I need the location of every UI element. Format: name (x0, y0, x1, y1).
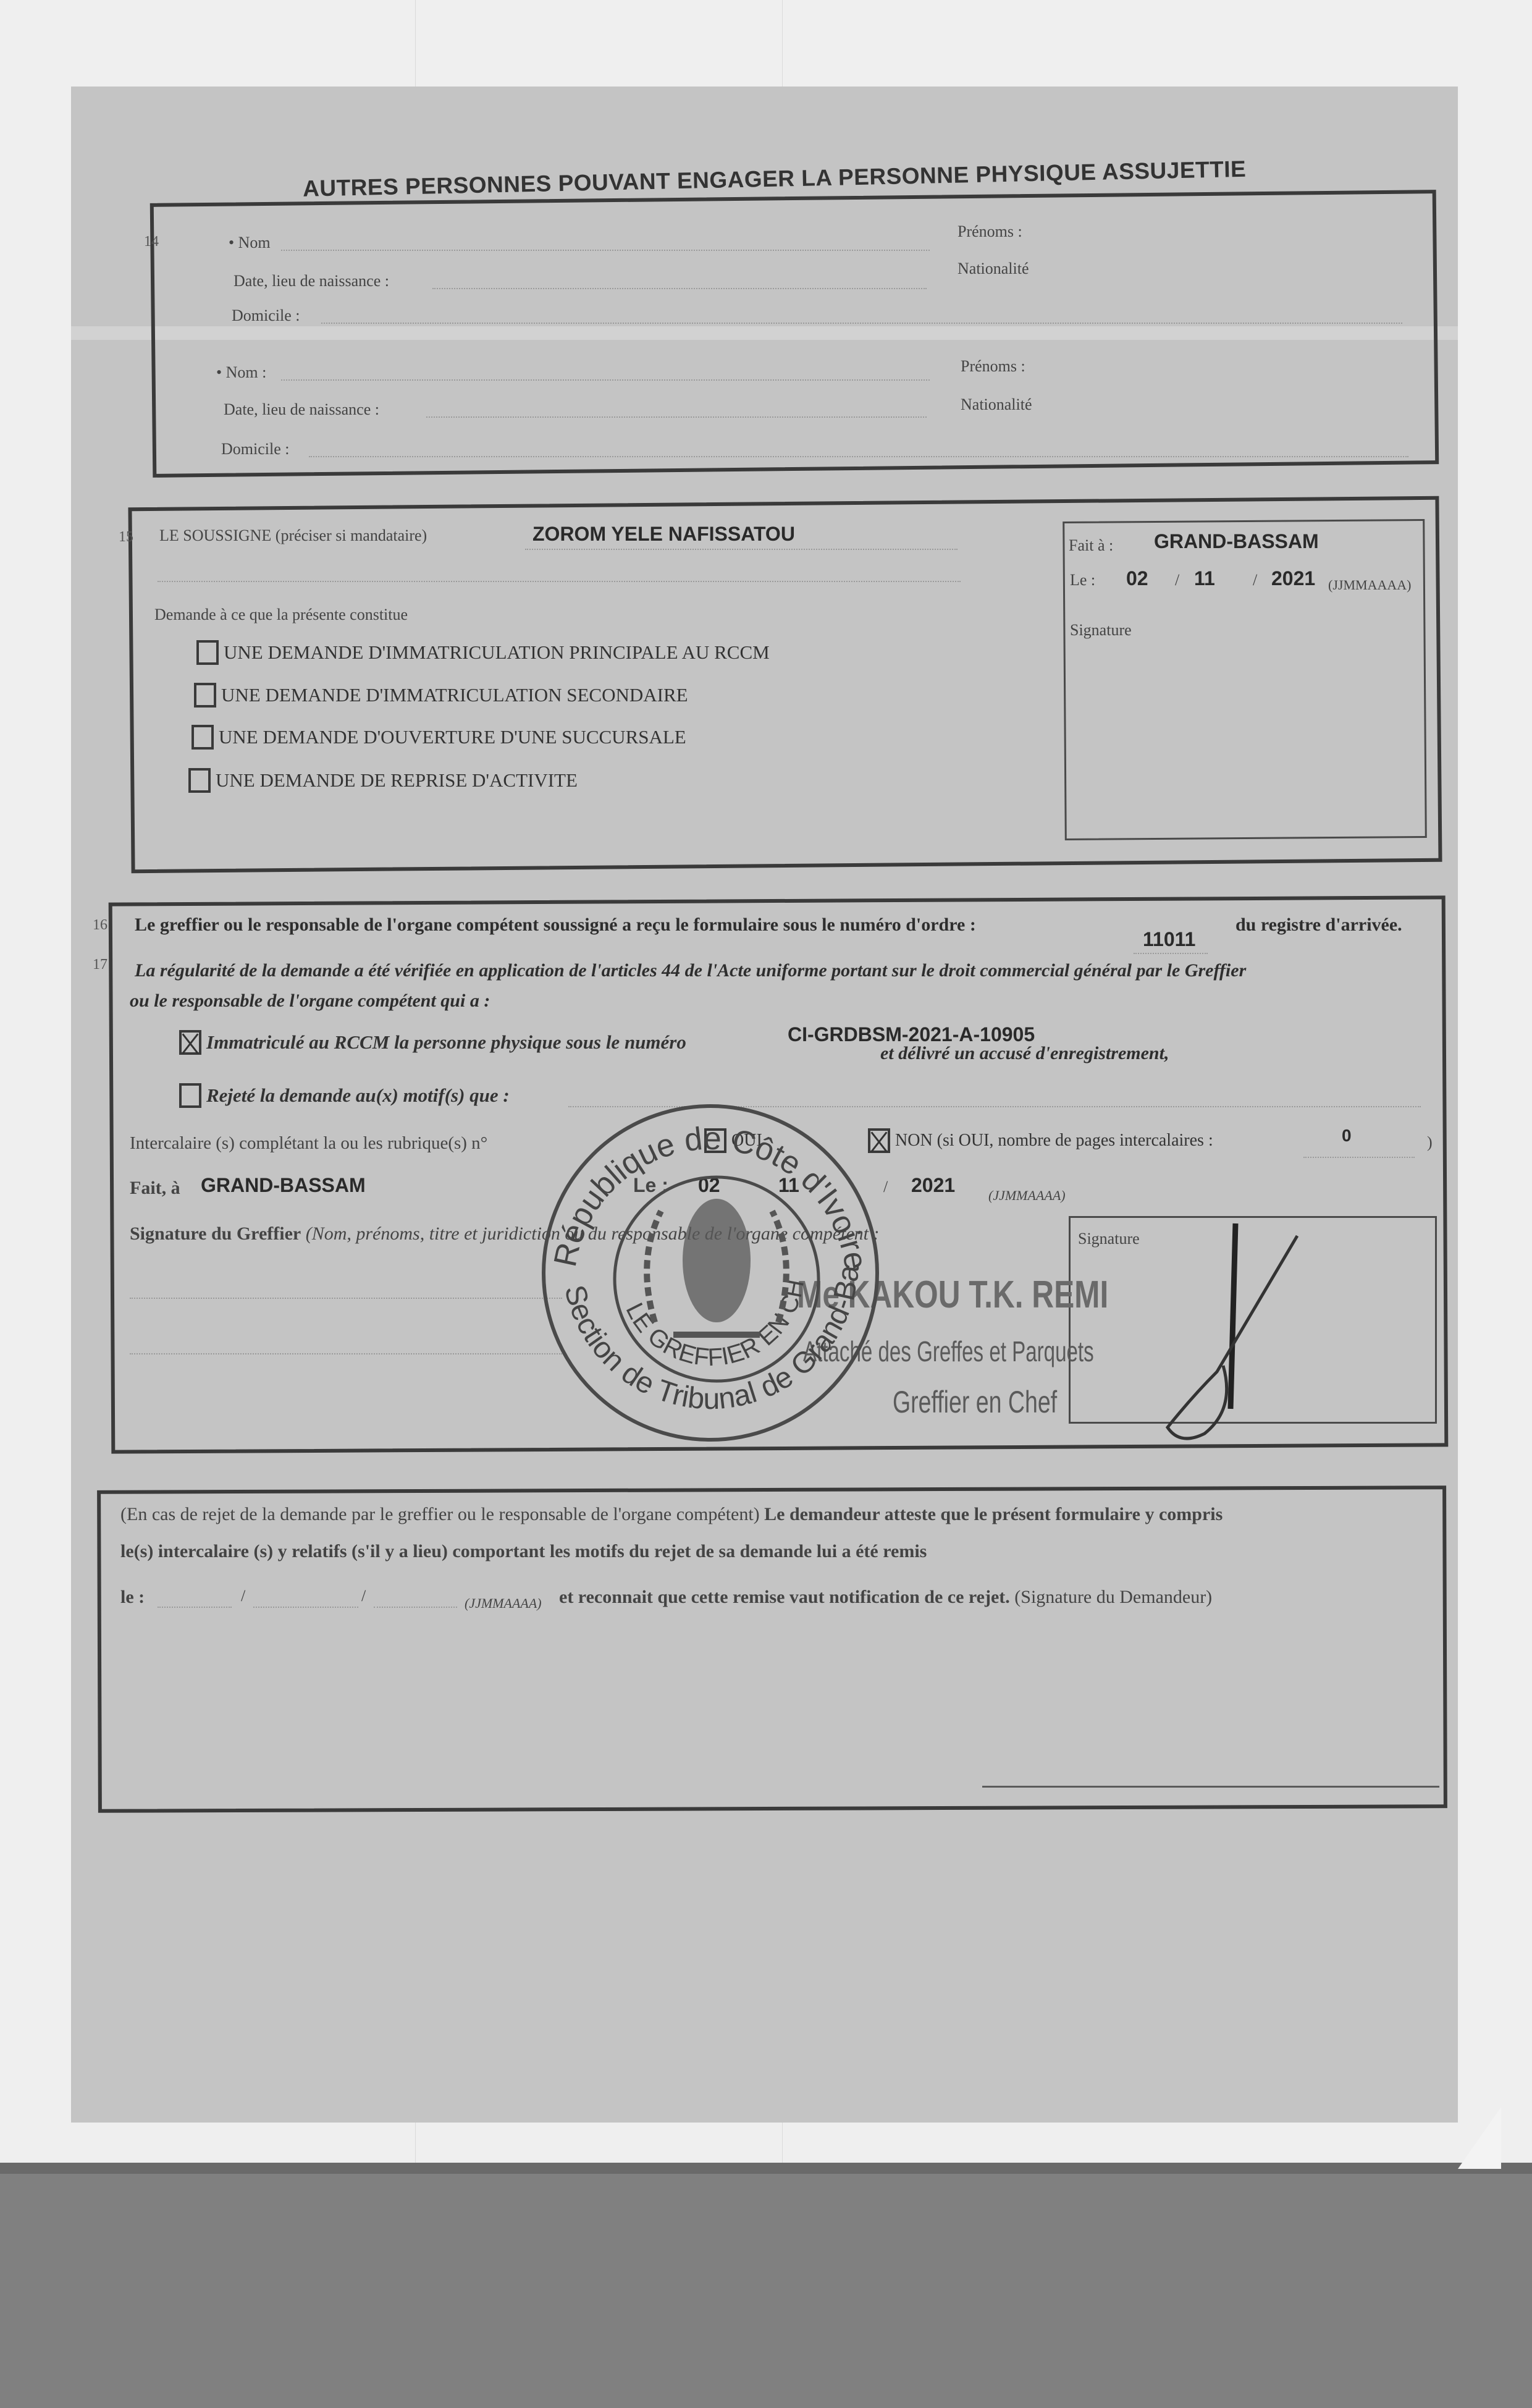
person1-naissance-label: Date, lieu de naissance : (234, 272, 389, 290)
option-immatriculation-secondaire[interactable]: UNE DEMANDE D'IMMATRICULATION SECONDAIRE (194, 682, 688, 708)
fait-a-label: Fait à : (1069, 536, 1113, 555)
close-paren: ) (1427, 1133, 1433, 1152)
person1-domicile-field[interactable] (321, 323, 1402, 324)
demandeur-signature-label: (Signature du Demandeur) (1014, 1587, 1212, 1607)
section-number: 14 (144, 234, 159, 250)
folded-corner (1458, 2107, 1501, 2169)
date-separator: / (361, 1587, 366, 1605)
handwritten-signature-icon (1124, 1211, 1322, 1452)
stamp-role: Greffier en Chef (893, 1384, 1057, 1420)
rejection-reconnait: et reconnait que cette remise vaut notif… (559, 1587, 1010, 1607)
person1-nom-field[interactable] (281, 250, 930, 251)
intercalaire-label: Intercalaire (s) complétant la ou les ru… (130, 1133, 487, 1154)
checkbox-reprise-activite[interactable] (188, 768, 211, 793)
option-immatricule[interactable]: Immatriculé au RCCM la personne physique… (179, 1029, 686, 1055)
rejection-attestation: Le demandeur atteste que le présent form… (764, 1504, 1223, 1524)
soussigne-field-line-2 (158, 581, 961, 582)
applicant-signature-box (1063, 519, 1427, 840)
person1-domicile-label: Domicile : (232, 306, 300, 325)
demandeur-signature-line[interactable] (982, 1786, 1439, 1788)
rejection-statement-line2: le(s) intercalaire (s) y relatifs (s'il … (120, 1541, 927, 1562)
greffier-line (130, 1298, 562, 1299)
greffier-date-year[interactable]: 2021 (911, 1174, 955, 1197)
greffier-fait-a-value[interactable]: GRAND-BASSAM (201, 1174, 366, 1197)
verification-statement-line1: La régularité de la demande a été vérifi… (135, 960, 1246, 981)
checkbox-rejete[interactable] (179, 1083, 201, 1108)
registre-label: du registre d'arrivée. (1235, 915, 1402, 936)
rejection-statement-line1: (En cas de rejet de la demande par le gr… (120, 1504, 1223, 1525)
rejection-condition: (En cas de rejet de la demande par le gr… (120, 1504, 760, 1524)
person2-nom-field[interactable] (281, 379, 930, 381)
fait-a-value[interactable]: GRAND-BASSAM (1154, 530, 1319, 553)
date-day[interactable]: 02 (1126, 567, 1148, 590)
date-separator: / (241, 1587, 245, 1605)
checkbox-immatricule-checked[interactable] (179, 1030, 201, 1055)
receipt-statement: Le greffier ou le responsable de l'organ… (135, 915, 976, 936)
verification-statement-line2: ou le responsable de l'organe compétent … (130, 991, 490, 1012)
section-number: 15 (119, 529, 133, 546)
soussigne-label: LE SOUSSIGNE (préciser si mandataire) (159, 526, 427, 545)
pages-intercalaires-value[interactable]: 0 (1342, 1126, 1352, 1146)
greffier-date-format: (JJMMAAAA) (988, 1188, 1066, 1204)
rejection-date-day[interactable] (158, 1607, 232, 1608)
person2-domicile-field[interactable] (309, 456, 1408, 457)
soussigne-value[interactable]: ZOROM YELE NAFISSATOU (532, 523, 795, 546)
person1-nationalite-label: Nationalité (958, 260, 1029, 278)
person1-naissance-field[interactable] (432, 288, 927, 289)
person2-naissance-label: Date, lieu de naissance : (224, 400, 379, 419)
scanner-edge (0, 2163, 1532, 2174)
greffier-line (130, 1353, 562, 1354)
rejection-notification: et reconnait que cette remise vaut notif… (559, 1587, 1212, 1608)
pages-intercalaires-line (1303, 1157, 1415, 1158)
signature-label: Signature (1070, 621, 1132, 640)
order-number[interactable]: 11011 (1143, 928, 1195, 951)
date-separator: / (1175, 571, 1179, 589)
option-non[interactable]: NON (si OUI, nombre de pages intercalair… (868, 1128, 1213, 1153)
person2-naissance-field[interactable] (426, 416, 927, 418)
section-14-box (150, 190, 1439, 478)
date-separator: / (883, 1178, 888, 1196)
checkbox-immatriculation-secondaire[interactable] (194, 683, 216, 708)
rejection-date-format: (JJMMAAAA) (465, 1595, 542, 1612)
person2-nationalite-label: Nationalité (961, 395, 1032, 414)
signature-greffier-label: Signature du Greffier (130, 1223, 301, 1244)
rejection-box (97, 1485, 1447, 1813)
person2-nom-label: • Nom : (216, 363, 266, 382)
section-number: 16 (93, 917, 107, 934)
date-label: Le : (1070, 571, 1095, 589)
section-number: 17 (93, 957, 107, 973)
option-rejete[interactable]: Rejeté la demande au(x) motif(s) que : (179, 1083, 510, 1108)
official-seal-icon: République de Côte d'Ivoire Section de T… (537, 1100, 883, 1446)
rejection-date-label: le : (120, 1587, 145, 1608)
option-ouverture-succursale[interactable]: UNE DEMANDE D'OUVERTURE D'UNE SUCCURSALE (192, 724, 686, 750)
rejection-date-month[interactable] (253, 1607, 358, 1608)
soussigne-field-line (525, 549, 958, 550)
checkbox-ouverture-succursale[interactable] (192, 725, 214, 750)
date-separator: / (1253, 571, 1257, 589)
person1-prenoms-label: Prénoms : (958, 222, 1022, 241)
rejection-date-year[interactable] (374, 1607, 457, 1608)
date-month[interactable]: 11 (1194, 567, 1215, 590)
option-reprise-activite[interactable]: UNE DEMANDE DE REPRISE D'ACTIVITE (188, 767, 578, 793)
demande-label: Demande à ce que la présente constitue (154, 606, 408, 624)
greffier-fait-a-label: Fait, à (130, 1178, 180, 1199)
order-number-line (1134, 953, 1208, 954)
option-immatriculation-principale[interactable]: UNE DEMANDE D'IMMATRICULATION PRINCIPALE… (196, 640, 770, 665)
date-year[interactable]: 2021 (1271, 567, 1315, 590)
accuse-label: et délivré un accusé d'enregistrement, (880, 1043, 1169, 1064)
person2-domicile-label: Domicile : (221, 440, 289, 458)
date-format-hint: (JJMMAAAA) (1328, 577, 1411, 593)
person2-prenoms-label: Prénoms : (961, 357, 1025, 376)
checkbox-immatriculation-principale[interactable] (196, 640, 219, 665)
person1-nom-label: • Nom (229, 234, 271, 252)
